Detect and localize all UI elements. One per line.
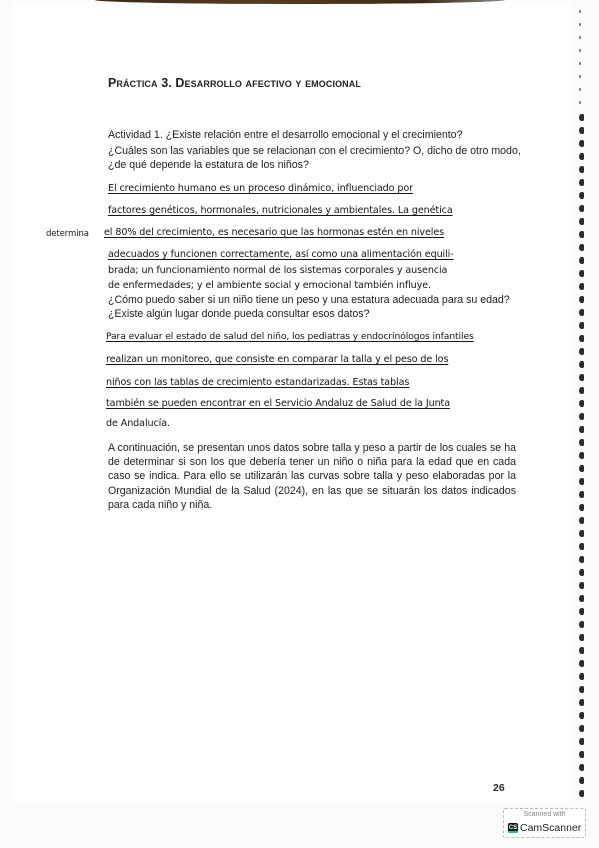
spiral-ring-icon (579, 608, 584, 615)
instructions-paragraph: A continuación, se presentan unos datos … (108, 441, 516, 512)
spiral-ring-icon (579, 218, 584, 225)
spiral-ring-icon (579, 543, 584, 550)
camscanner-logo-icon: CS (508, 823, 518, 833)
spiral-ring-icon (579, 270, 584, 277)
spiral-ring-icon (579, 75, 581, 78)
spiral-ring-icon (579, 413, 584, 420)
spiral-ring-icon (579, 23, 581, 26)
spiral-ring-icon (579, 465, 584, 472)
title-main: Desarrollo afectivo y emocional (175, 76, 361, 90)
spiral-ring-icon (579, 322, 584, 329)
spiral-ring-icon (579, 439, 584, 446)
spiral-ring-icon (579, 634, 584, 641)
question-1-line-2: ¿de qué depende la estatura de los niños… (108, 158, 309, 172)
spiral-ring-icon (579, 660, 584, 667)
margin-note: determina (46, 228, 89, 240)
spiral-ring-icon (579, 283, 584, 290)
spiral-ring-icon (579, 387, 584, 394)
spiral-ring-icon (579, 296, 584, 303)
spiral-ring-icon (579, 36, 581, 39)
spiral-ring-icon (579, 400, 584, 407)
answer-1-line: factores genéticos, hormonales, nutricio… (108, 205, 453, 217)
spiral-ring-icon (579, 790, 584, 797)
spiral-ring-icon (579, 257, 584, 264)
spiral-ring-icon (579, 725, 584, 732)
camscanner-watermark: Scanned with CS CamScanner (503, 808, 586, 838)
answer-1-line: de enfermedades; y el ambiente social y … (108, 280, 431, 292)
spiral-ring-icon (579, 231, 584, 238)
answer-1-line: El crecimiento humano es un proceso diná… (108, 183, 413, 195)
spiral-ring-icon (579, 166, 584, 173)
spiral-ring-icon (579, 478, 584, 485)
activity-heading: Actividad 1. ¿Existe relación entre el d… (108, 128, 462, 142)
spiral-binding (579, 10, 587, 800)
spiral-ring-icon (579, 530, 584, 537)
spiral-ring-icon (579, 114, 584, 121)
spiral-ring-icon (579, 140, 584, 147)
watermark-brand: CamScanner (520, 822, 581, 834)
spiral-ring-icon (579, 595, 584, 602)
spiral-ring-icon (579, 491, 584, 498)
question-2-line-1: ¿Cómo puedo saber si un niño tiene un pe… (108, 293, 510, 307)
spiral-ring-icon (579, 647, 584, 654)
spiral-ring-icon (579, 10, 581, 13)
spiral-ring-icon (579, 348, 584, 355)
answer-2-line: niños con las tablas de crecimiento esta… (106, 377, 409, 389)
spiral-ring-icon (579, 361, 584, 368)
spiral-ring-icon (579, 244, 584, 251)
question-2-line-2: ¿Existe algún lugar donde pueda consulta… (108, 307, 370, 321)
answer-2-line: también se pueden encontrar en el Servic… (106, 398, 450, 410)
spiral-ring-icon (579, 751, 584, 758)
spiral-ring-icon (579, 192, 584, 199)
page-number: 26 (493, 782, 505, 794)
spiral-ring-icon (579, 517, 584, 524)
spiral-ring-icon (579, 738, 584, 745)
spiral-ring-icon (579, 88, 581, 91)
title-prefix: Práctica 3. (108, 76, 172, 90)
spiral-ring-icon (579, 309, 584, 316)
answer-2-line: Para evaluar el estado de salud del niño… (106, 331, 474, 343)
spiral-ring-icon (579, 686, 584, 693)
spiral-ring-icon (579, 101, 581, 104)
spiral-ring-icon (579, 699, 584, 706)
spiral-ring-icon (579, 179, 584, 186)
watermark-caption: Scanned with (504, 811, 585, 818)
watermark-brand-row: CS CamScanner (508, 822, 581, 834)
spiral-ring-icon (579, 556, 584, 563)
spiral-ring-icon (579, 153, 584, 160)
spiral-ring-icon (579, 374, 584, 381)
spiral-ring-icon (579, 452, 584, 459)
spiral-ring-icon (579, 764, 584, 771)
answer-2-line: realizan un monitoreo, que consiste en c… (106, 354, 448, 366)
answer-2-line: de Andalucía. (106, 418, 170, 430)
spiral-ring-icon (579, 49, 581, 52)
spiral-ring-icon (579, 777, 584, 784)
spiral-ring-icon (579, 712, 584, 719)
spiral-ring-icon (579, 673, 584, 680)
spiral-ring-icon (579, 205, 584, 212)
answer-1-line: brada; un funcionamiento normal de los s… (108, 265, 447, 277)
spiral-ring-icon (579, 621, 584, 628)
spiral-ring-icon (579, 582, 584, 589)
spiral-ring-icon (579, 426, 584, 433)
spiral-ring-icon (579, 127, 584, 134)
spiral-ring-icon (579, 62, 581, 65)
question-1-line-1: ¿Cuáles son las variables que se relacio… (108, 144, 521, 158)
spiral-ring-icon (579, 504, 584, 511)
answer-1-line: adecuados y funcionen correctamente, así… (108, 249, 454, 261)
answer-1-line: el 80% del crecimiento, es necesario que… (104, 227, 444, 239)
page-title: Práctica 3. Desarrollo afectivo y emocio… (108, 76, 361, 90)
spiral-ring-icon (579, 335, 584, 342)
spiral-ring-icon (579, 569, 584, 576)
